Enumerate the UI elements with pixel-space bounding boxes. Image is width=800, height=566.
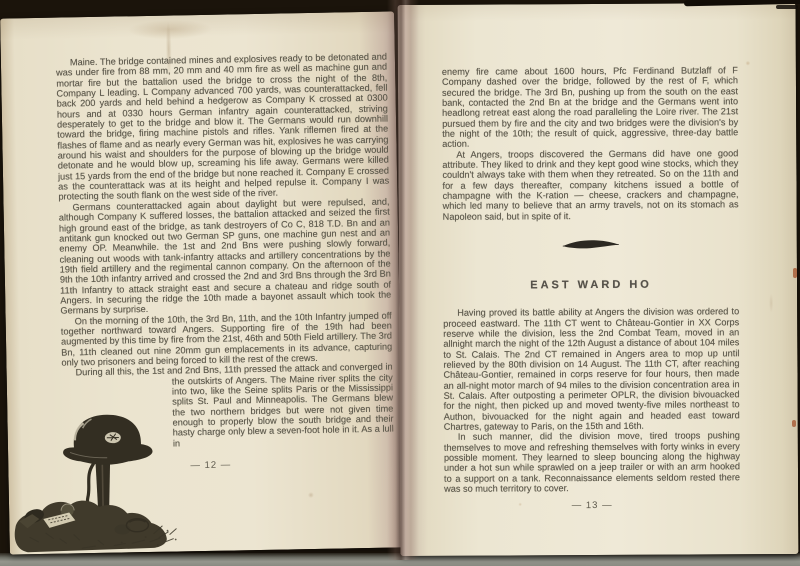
paragraph: In such manner, did the division move, t… [444,431,740,495]
scan-edge-speck [792,420,796,427]
scan-edge-mark [776,5,798,9]
divider-swoosh-icon [562,238,620,250]
section-divider [443,236,739,250]
paragraph: On the morning of the 10th, the 3rd Bn, … [61,310,393,368]
scan-edge-speck [793,268,797,278]
section-header: EAST WARD HO [443,278,739,292]
page-12: Maine. The bridge contained mines and ex… [0,11,404,554]
paragraph: Having proved its battle ability at Ange… [443,306,740,432]
scanner-table-edge [0,553,800,566]
page-13: enemy fire came about 1600 hours, Pfc Fe… [398,3,799,556]
paragraph: enemy fire came about 1600 hours, Pfc Fe… [442,65,738,149]
page-number: — 13 — [444,500,740,513]
page-13-text-column: enemy fire came about 1600 hours, Pfc Fe… [442,65,740,512]
helmet-rifle-memorial-illustration [7,408,186,554]
paragraph: Maine. The bridge contained mines and ex… [56,52,390,203]
book-scan: Maine. The bridge contained mines and ex… [0,0,800,566]
paragraph: Germans counterattacked again about dayl… [58,196,391,316]
paragraph: At Angers, troops discovered the Germans… [442,148,738,222]
